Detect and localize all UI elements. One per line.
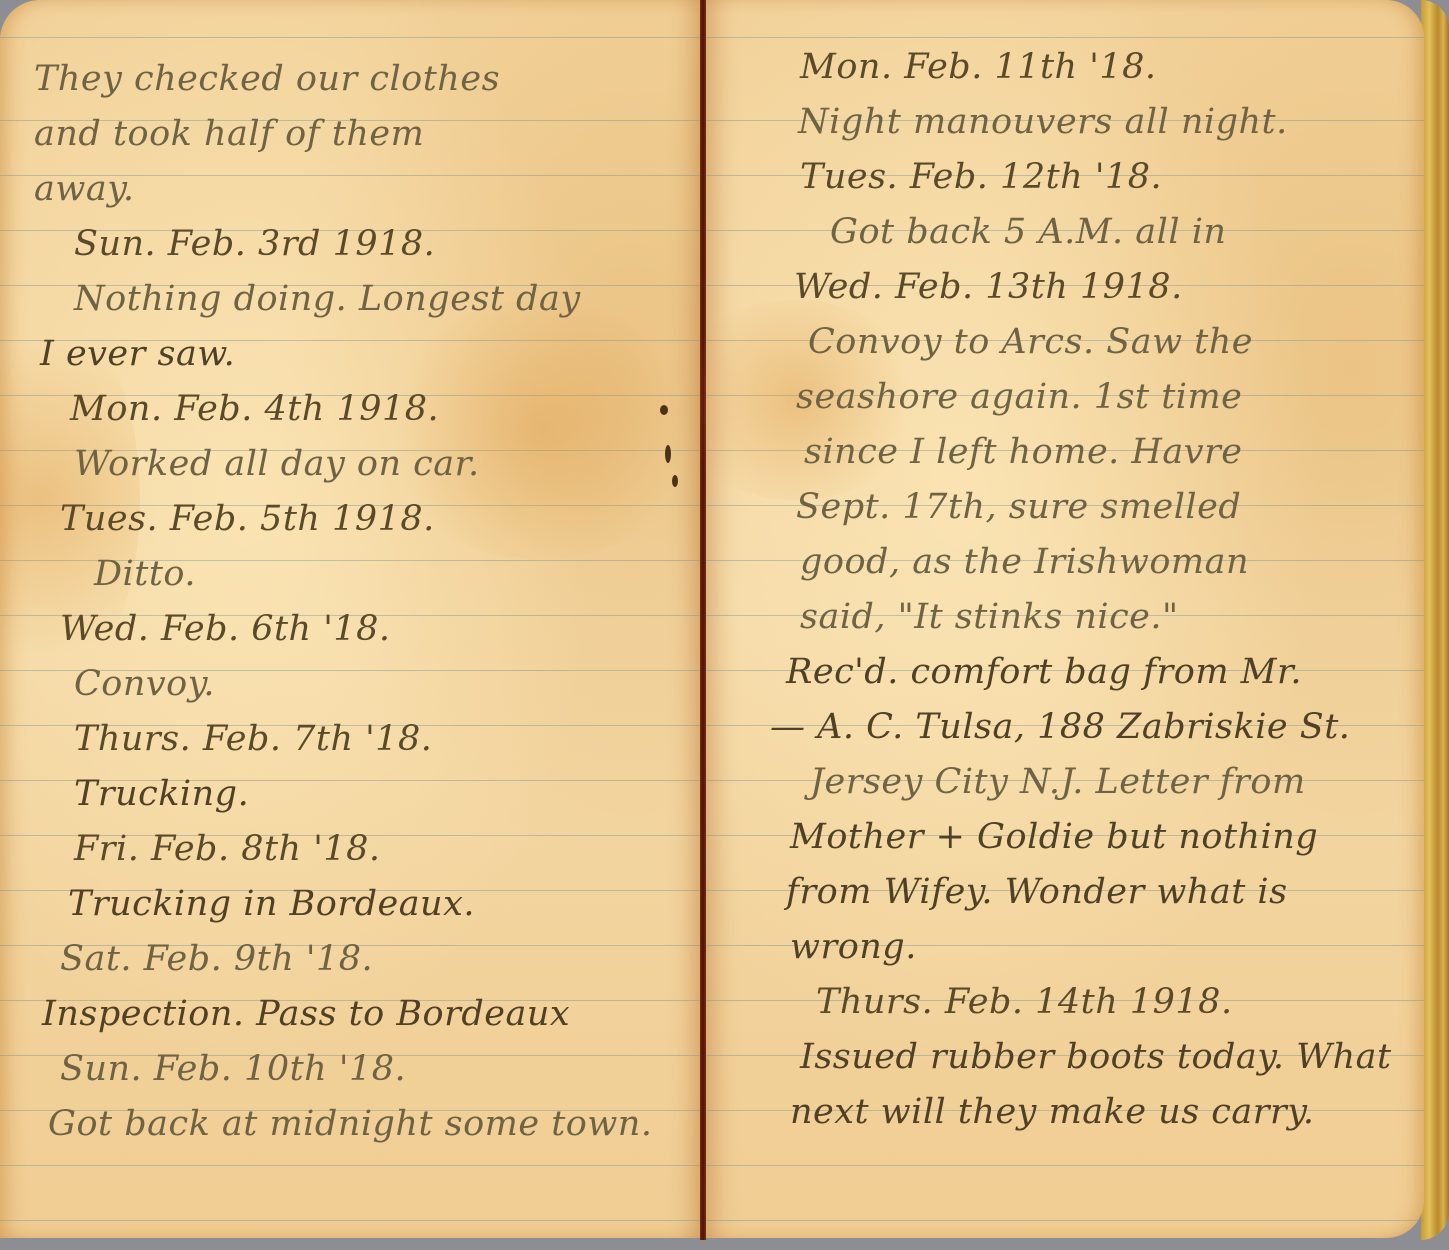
diary-line: Issued rubber boots today. What xyxy=(770,1030,1424,1085)
left-page: They checked our clothes and took half o… xyxy=(0,0,702,1238)
left-page-text: They checked our clothes and took half o… xyxy=(0,52,702,1152)
diary-date: Sun. Feb. 10th '18. xyxy=(34,1042,702,1097)
page-fore-edge xyxy=(1421,0,1449,1240)
diary-line: good, as the Irishwoman xyxy=(770,535,1424,590)
diary-line: — A. C. Tulsa, 188 Zabriskie St. xyxy=(770,700,1424,755)
diary-line: Nothing doing. Longest day xyxy=(34,272,702,327)
diary-date: Sat. Feb. 9th '18. xyxy=(34,932,702,987)
diary-line: Rec'd. comfort bag from Mr. xyxy=(770,645,1424,700)
diary-line: Inspection. Pass to Bordeaux xyxy=(34,987,702,1042)
diary-line: Jersey City N.J. Letter from xyxy=(770,755,1424,810)
right-page: Mon. Feb. 11th '18. Night manouvers all … xyxy=(706,0,1424,1238)
diary-line: Worked all day on car. xyxy=(34,437,702,492)
diary-line: Convoy to Arcs. Saw the xyxy=(770,315,1424,370)
diary-line: Convoy. xyxy=(34,657,702,712)
diary-line: Got back 5 A.M. all in xyxy=(770,205,1424,260)
diary-line: from Wifey. Wonder what is xyxy=(770,865,1424,920)
diary-date: Tues. Feb. 5th 1918. xyxy=(34,492,702,547)
diary-date: Mon. Feb. 11th '18. xyxy=(770,40,1424,95)
diary-line: since I left home. Havre xyxy=(770,425,1424,480)
diary-line: Night manouvers all night. xyxy=(770,95,1424,150)
diary-date: Thurs. Feb. 14th 1918. xyxy=(770,975,1424,1030)
diary-line: next will they make us carry. xyxy=(770,1085,1424,1140)
right-page-text: Mon. Feb. 11th '18. Night manouvers all … xyxy=(706,40,1424,1140)
diary-line: Got back at midnight some town. xyxy=(34,1097,702,1152)
diary-line: Ditto. xyxy=(34,547,702,602)
diary-line: Sept. 17th, sure smelled xyxy=(770,480,1424,535)
open-notebook: They checked our clothes and took half o… xyxy=(0,0,1449,1244)
diary-line: said, "It stinks nice." xyxy=(770,590,1424,645)
diary-date: Fri. Feb. 8th '18. xyxy=(34,822,702,877)
diary-line: wrong. xyxy=(770,920,1424,975)
diary-date: Mon. Feb. 4th 1918. xyxy=(34,382,702,437)
diary-line: Mother + Goldie but nothing xyxy=(770,810,1424,865)
diary-date: Wed. Feb. 6th '18. xyxy=(34,602,702,657)
diary-line: Trucking. xyxy=(34,767,702,822)
diary-date: Tues. Feb. 12th '18. xyxy=(770,150,1424,205)
diary-line: Trucking in Bordeaux. xyxy=(34,877,702,932)
diary-date: Thurs. Feb. 7th '18. xyxy=(34,712,702,767)
diary-line: away. xyxy=(34,162,702,217)
diary-line: I ever saw. xyxy=(34,327,702,382)
diary-date: Sun. Feb. 3rd 1918. xyxy=(34,217,702,272)
diary-date: Wed. Feb. 13th 1918. xyxy=(770,260,1424,315)
diary-line: They checked our clothes xyxy=(34,52,702,107)
diary-line: seashore again. 1st time xyxy=(770,370,1424,425)
diary-line: and took half of them xyxy=(34,107,702,162)
